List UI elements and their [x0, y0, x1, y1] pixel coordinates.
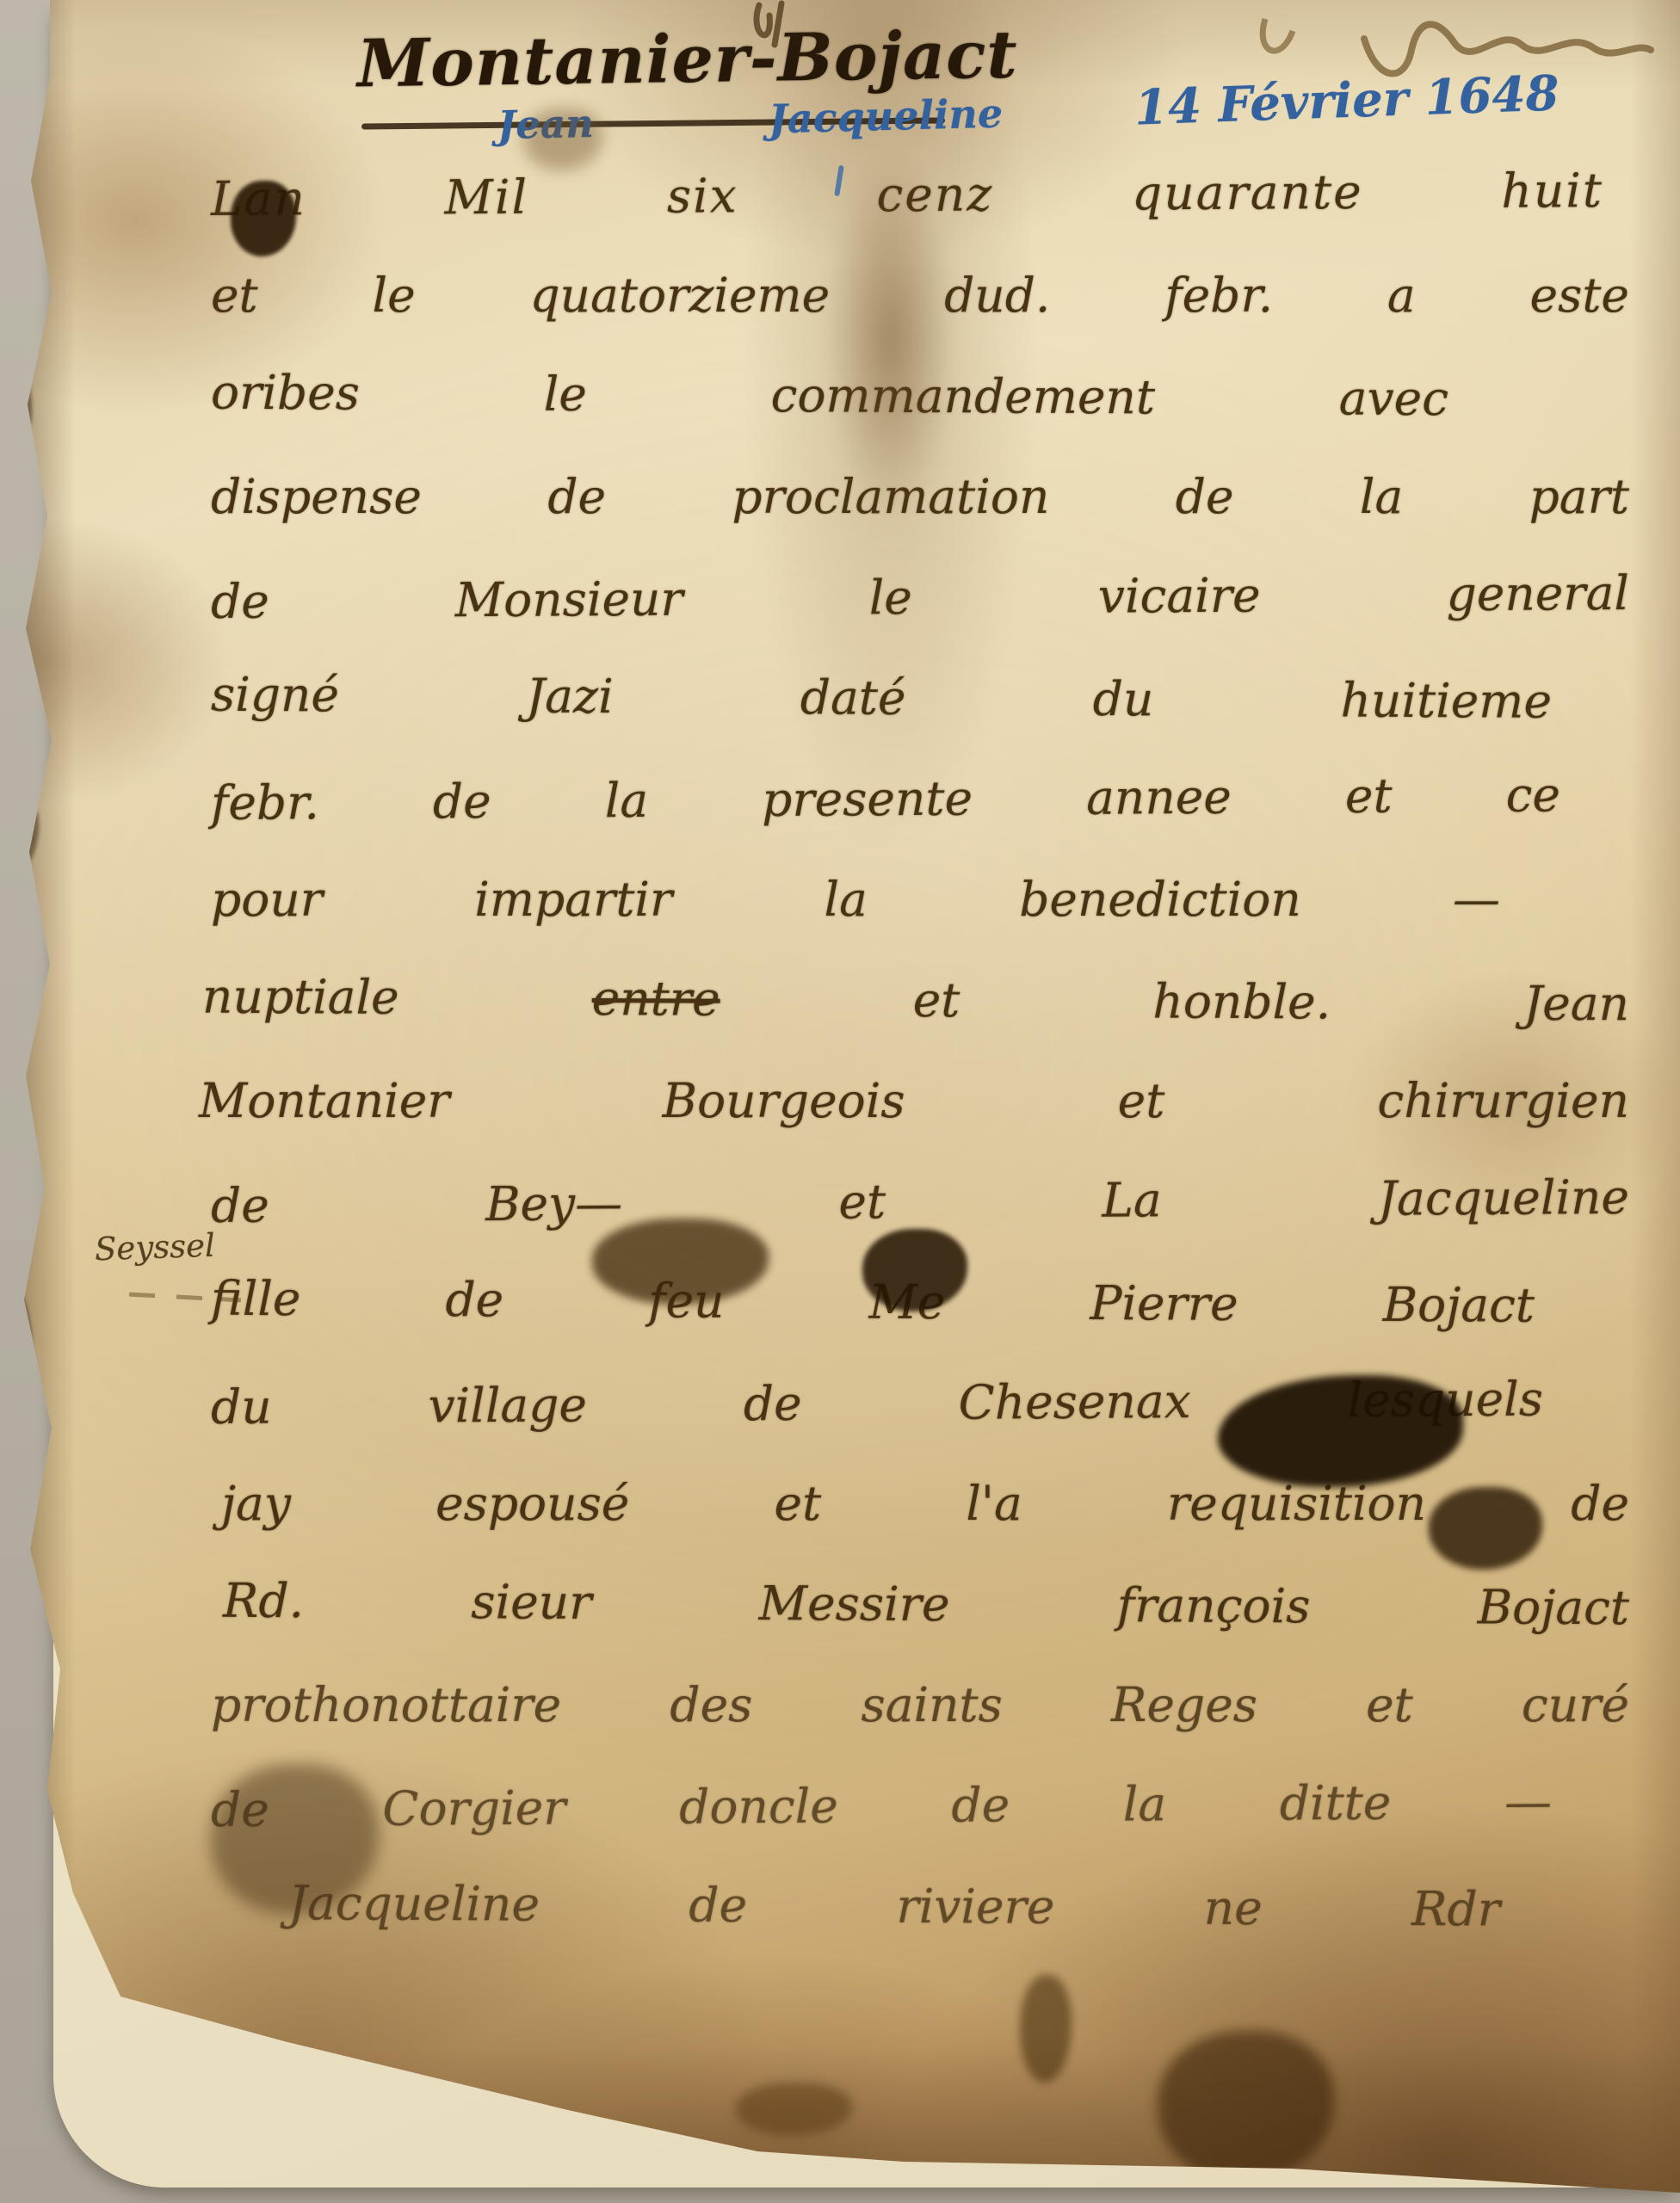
manuscript-line: pour impartir la benediction — [211, 849, 1629, 950]
manuscript-line: oribes le commandement avec [211, 342, 1630, 451]
manuscript-line: prothonottaire des saints Reges et curé [211, 1655, 1629, 1756]
manuscript-line: Lan Mil six cenz quarante huit [211, 140, 1630, 250]
annotation-groom-name: Jean [497, 101, 595, 148]
manuscript-body: Lan Mil six cenz quarante huit et le qua… [211, 145, 1629, 1957]
manuscript-line: Montanier Bourgeois et chirurgien [199, 1051, 1629, 1151]
manuscript-line: de Monsieur le vicaire general [211, 543, 1630, 652]
line-text: et honble. Jean [913, 972, 1630, 1031]
torn-edge-mark [12, 59, 45, 114]
ink-stain [1158, 2031, 1334, 2181]
manuscript-line: signé Jazi daté du huitieme [211, 645, 1630, 753]
manuscript-line: nuptiale entre et honble. Jean [202, 947, 1630, 1055]
manuscript-line: jay espousé et l'a requisition de [221, 1453, 1629, 1554]
manuscript-line: fille de feu Me Pierre Bojact [211, 1249, 1630, 1357]
torn-edge-mark [15, 808, 42, 867]
margin-note-place: Seyssel [94, 1227, 215, 1268]
struck-word: entre [592, 971, 720, 1027]
page-title: Montanier-Bojact [356, 16, 1018, 102]
annotation-date: 14 Février 1648 [1133, 65, 1560, 136]
manuscript-line: et le quatorzieme dud. febr. a este [211, 245, 1629, 346]
line-text: nuptiale [202, 969, 399, 1025]
annotation-bride-name: Jacqueline [768, 89, 1003, 142]
scanner-background: Montanier-Bojact Jean Jacqueline 14 Févr… [0, 0, 1680, 2203]
manuscript-line: Jacqueline de riviere ne Rdr [211, 1853, 1630, 1961]
torn-edge-mark [8, 361, 36, 431]
ink-stain [736, 2083, 852, 2136]
manuscript-line: du village de Chesenax lesquels [211, 1348, 1630, 1458]
manuscript-line: Rd. sieur Messire françois Bojact [223, 1551, 1630, 1659]
torn-edge-mark [6, 1290, 34, 1369]
ink-streak [1020, 1975, 1072, 2083]
manuscript-line: de Corgier doncle de la ditte — [211, 1751, 1630, 1861]
manuscript-page: Montanier-Bojact Jean Jacqueline 14 Févr… [0, 0, 1680, 2203]
manuscript-line: febr. de la presente annee et ce [211, 744, 1630, 854]
manuscript-line: dispense de proclamation de la part [211, 447, 1629, 547]
manuscript-line: de Bey— et La Jacqueline [211, 1147, 1630, 1256]
